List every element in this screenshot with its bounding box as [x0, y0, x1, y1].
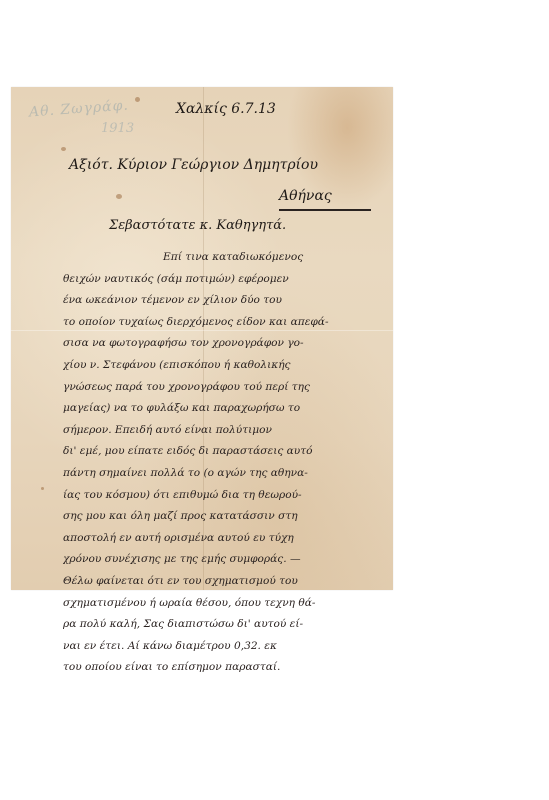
body-line: πάντη σημαίνει πολλά το (ο αγών της αθην…	[63, 463, 393, 485]
body-line: γνώσεως παρά του χρονογράφου τού περί τη…	[63, 377, 393, 399]
body-line: Θέλω φαίνεται ότι εν του σχηματισμού του	[63, 571, 393, 593]
body-line: του οποίου είναι το επίσημον παρασταί.	[63, 657, 393, 679]
body-line: χίου ν. Στεφάνου (επισκόπου ή καθολικής	[63, 355, 393, 377]
letter-body: Επί τινα καταδιωκόμενος θειχών ναυτικός …	[63, 247, 393, 679]
letter-city: Αθήνας	[279, 188, 332, 204]
stain-spot	[41, 487, 44, 490]
letter-page: Αθ. Ζωγράφ. 1913 Χαλκίς 6.7.13 Αξιότ. Κύ…	[11, 87, 393, 590]
pencil-archive-year: 1913	[101, 121, 134, 136]
letter-addressee: Αξιότ. Κύριον Γεώργιον Δημητρίου	[69, 157, 318, 173]
body-line: ναι εν έτει. Αί κάνω διαμέτρου 0,32. εκ	[63, 636, 393, 658]
body-line: αποστολή εν αυτή ορισμένα αυτού ευ τύχη	[63, 528, 393, 550]
body-line: ένα ωκεάνιον τέμενον εν χίλιον δύο του	[63, 290, 393, 312]
body-line: ίας του κόσμου) ότι επιθυμώ δια τη θεωρο…	[63, 485, 393, 507]
pencil-archive-note: Αθ. Ζωγράφ.	[29, 98, 130, 121]
body-line: σήμερον. Επειδή αυτό είναι πολύτιμον	[63, 420, 393, 442]
stain-spot	[135, 97, 140, 102]
stain-spot	[61, 147, 66, 151]
body-line: μαγείας) να το φυλάξω και παραχωρήσω το	[63, 398, 393, 420]
body-line: το οποίον τυχαίως διερχόμενος είδον και …	[63, 312, 393, 334]
stain-spot	[116, 194, 122, 199]
body-line: ρα πολύ καλή, Σας διαπιστώσω δι' αυτού ε…	[63, 614, 393, 636]
body-line: σχηματισμένου ή ωραία θέσου, όπου τεχνη …	[63, 593, 393, 615]
body-line: δι' εμέ, μου είπατε ειδός δι παραστάσεις…	[63, 441, 393, 463]
letter-date: Χαλκίς 6.7.13	[176, 101, 276, 117]
body-line: σισα να φωτογραφήσω τον χρονογράφον γο-	[63, 333, 393, 355]
city-underline	[279, 209, 371, 211]
body-line: σης μου και όλη μαζί προς κατατάσσιν στη	[63, 506, 393, 528]
body-line: θειχών ναυτικός (σάμ ποτιμών) εφέρομεν	[63, 269, 393, 291]
body-line: Επί τινα καταδιωκόμενος	[63, 247, 393, 269]
body-line: χρόνου συνέχισης με της εμής συμφοράς. —	[63, 549, 393, 571]
letter-salutation: Σεβαστότατε κ. Καθηγητά.	[109, 218, 286, 233]
